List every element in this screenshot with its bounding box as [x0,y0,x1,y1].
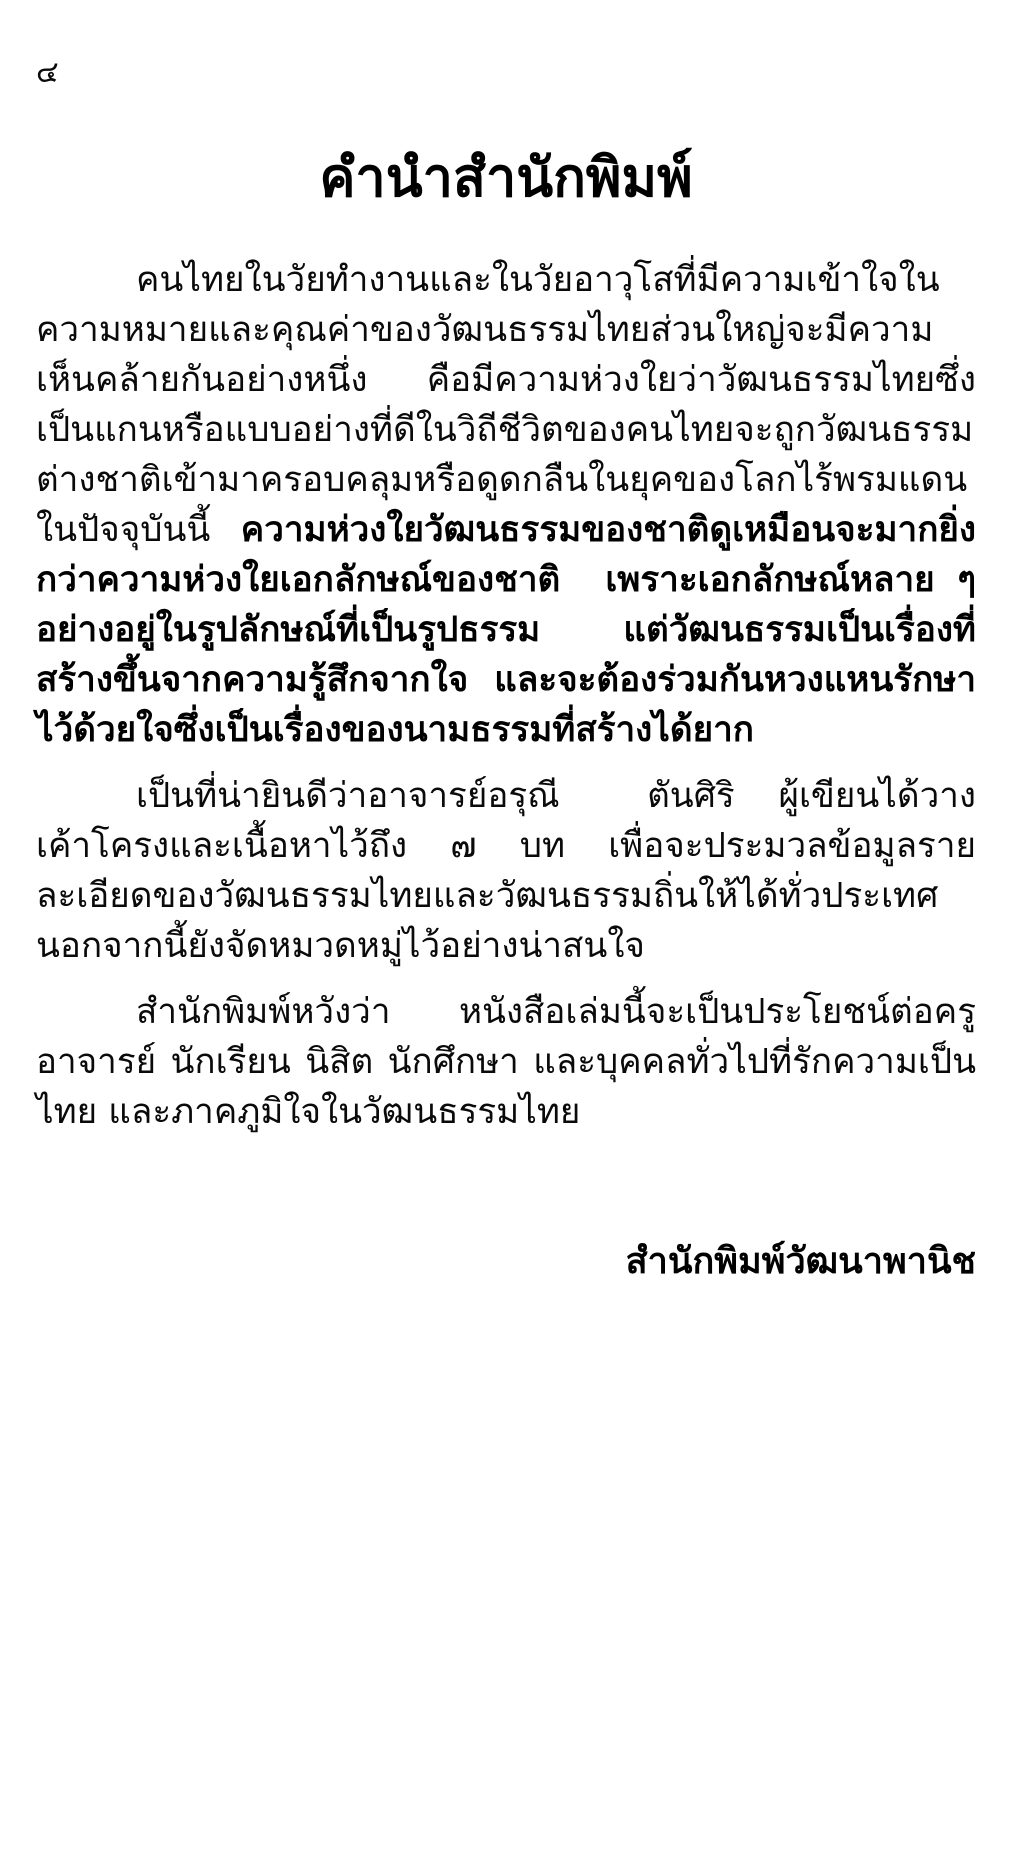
paragraph-2: เป็นที่น่ายินดีว่าอาจารย์อรุณี ตันศิริ ผ… [36,771,976,971]
paragraph-1: คนไทยในวัยทำงานและในวัยอาวุโสที่มีความเข… [36,255,976,755]
paragraph-1-normal-text: คนไทยในวัยทำงานและในวัยอาวุโสที่มีความเข… [36,260,976,550]
publisher-signature: สำนักพิมพ์วัฒนาพานิช [36,1237,976,1287]
paragraph-3: สำนักพิมพ์หวังว่า หนังสือเล่มนี้จะเป็นปร… [36,987,976,1137]
page-number: ๔ [36,58,976,88]
page-title: คำนำสำนักพิมพ์ [36,146,976,211]
book-page: ๔ คำนำสำนักพิมพ์ คนไทยในวัยทำงานและในวัย… [0,0,1018,1867]
